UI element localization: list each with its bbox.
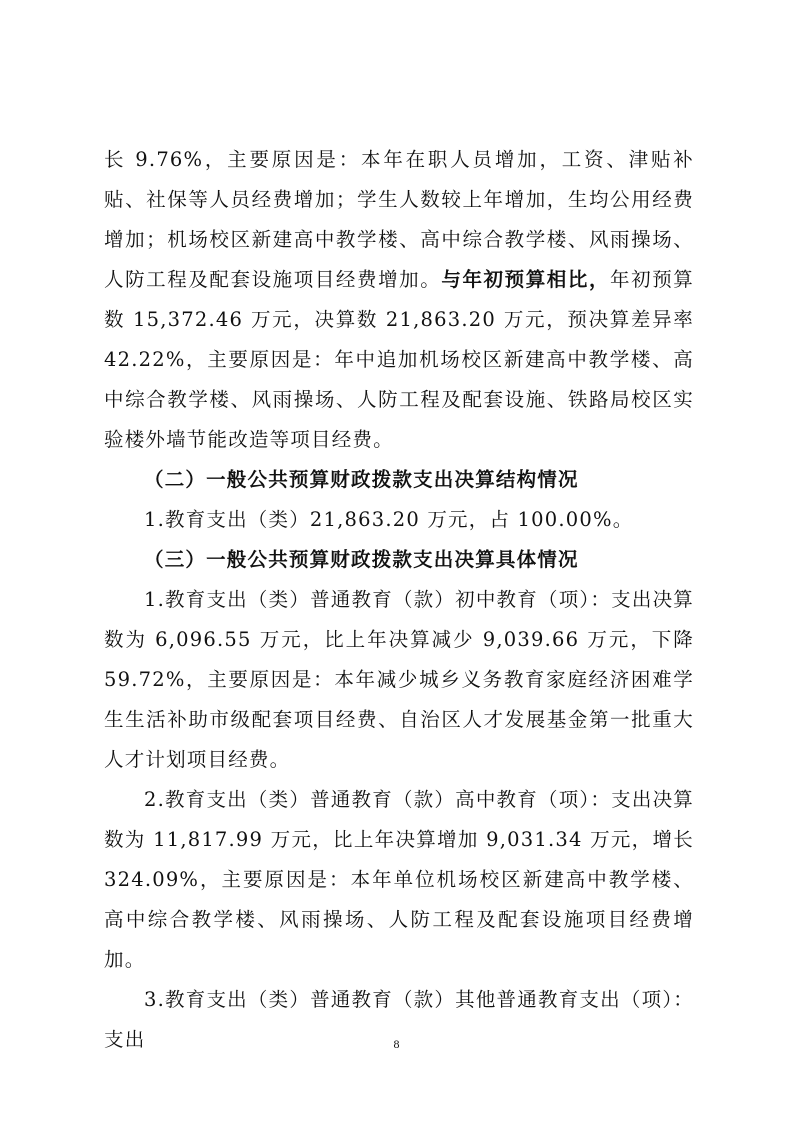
paragraph-budget-comparison: 长 9.76%，主要原因是：本年在职人员增加，工资、津贴补贴、社保等人员经费增加…	[104, 140, 694, 460]
bold-phrase: 与年初预算相比，	[441, 268, 610, 291]
paragraph-structure-item: 1.教育支出（类）21,863.20 万元，占 100.00%。	[104, 500, 694, 540]
page-number: 8	[0, 1037, 793, 1052]
document-page: 长 9.76%，主要原因是：本年在职人员增加，工资、津贴补贴、社保等人员经费增加…	[104, 140, 694, 1060]
paragraph-text: 年初预算数 15,372.46 万元，决算数 21,863.20 万元，预决算差…	[104, 268, 694, 451]
section-heading-structure: （二）一般公共预算财政拨款支出决算结构情况	[104, 460, 694, 500]
paragraph-junior-high: 1.教育支出（类）普通教育（款）初中教育（项）：支出决算数为 6,096.55 …	[104, 580, 694, 780]
paragraph-senior-high: 2.教育支出（类）普通教育（款）高中教育（项）：支出决算数为 11,817.99…	[104, 780, 694, 980]
section-heading-details: （三）一般公共预算财政拨款支出决算具体情况	[104, 540, 694, 580]
